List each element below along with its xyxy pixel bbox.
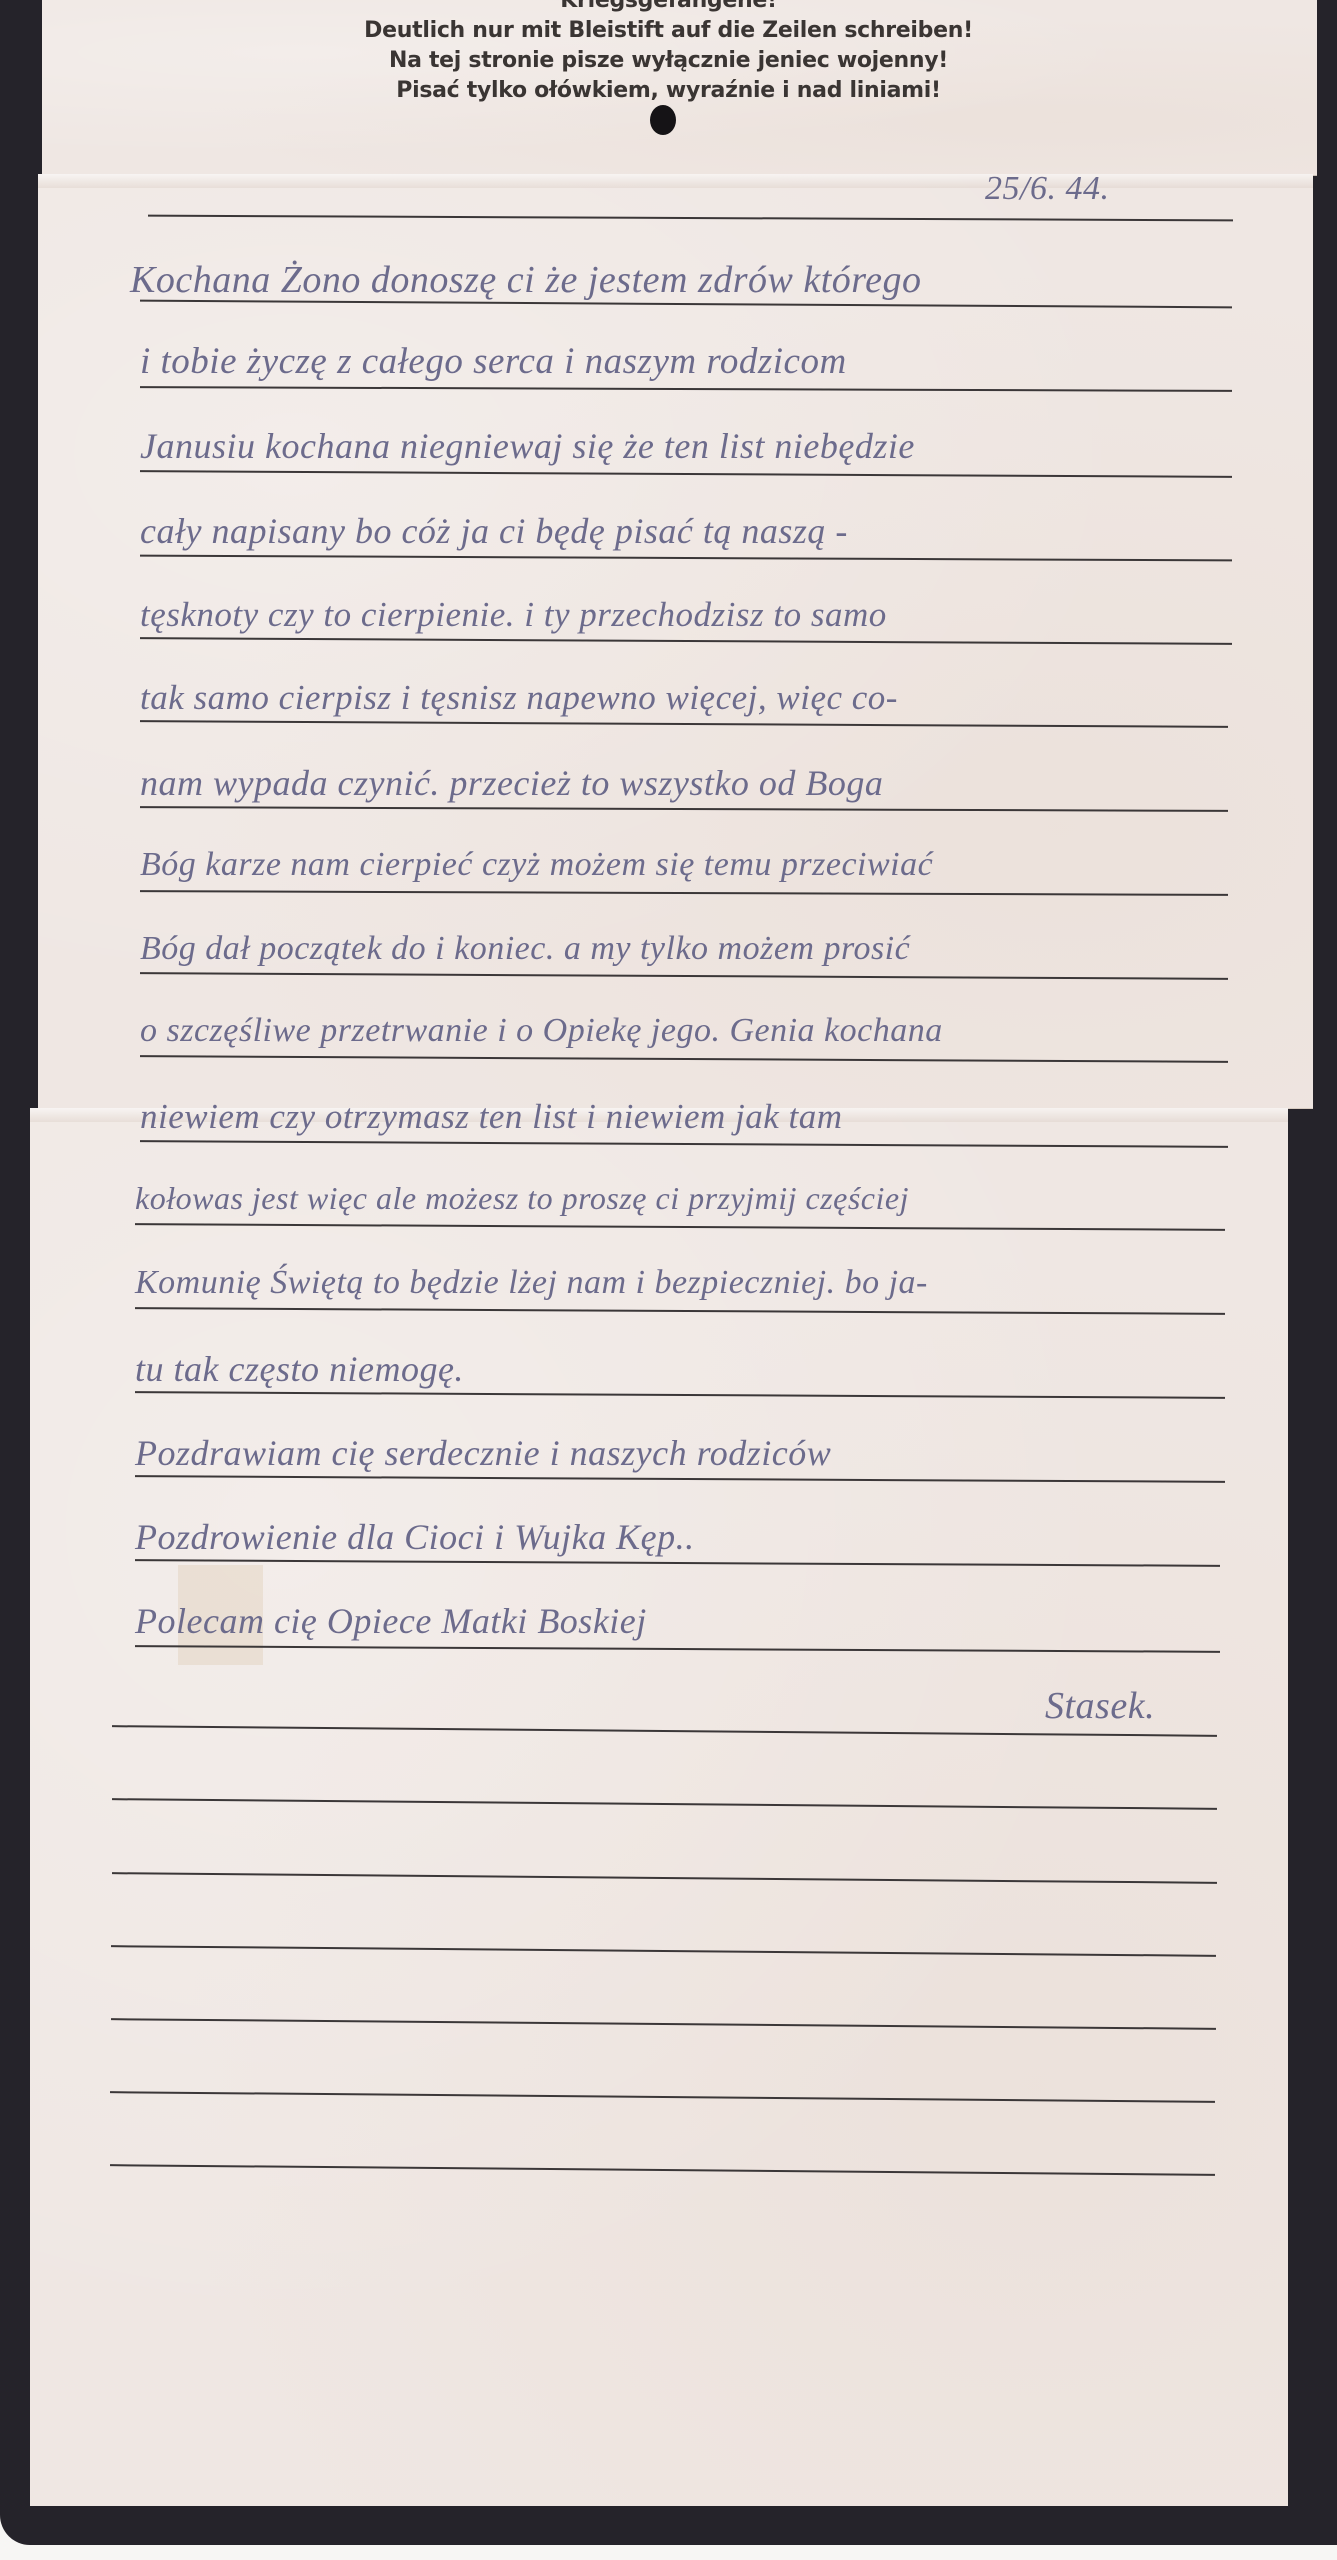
letter-line: tęsknoty czy to cierpienie. i ty przecho… <box>140 595 887 635</box>
letter-line: nam wypada czynić. przecież to wszystko … <box>140 762 883 804</box>
printed-instructions: Kriegsgefangene! Deutlich nur mit Bleist… <box>0 0 1337 106</box>
letter-line: cały napisany bo cóż ja ci będę pisać tą… <box>140 510 848 552</box>
letter-line: Bóg karze nam cierpieć czyż możem się te… <box>140 846 933 884</box>
letter-signature: Stasek. <box>1045 1684 1155 1728</box>
header-line-3: Na tej stronie pisze wyłącznie jeniec wo… <box>0 46 1337 76</box>
letter-line: Polecam cię Opiece Matki Boskiej <box>135 1600 647 1642</box>
letter-line: o szczęśliwe przetrwanie i o Opiekę jego… <box>140 1012 943 1050</box>
letter-date: 25/6. 44. <box>985 170 1109 208</box>
letter-line: Bóg dał początek do i koniec. a my tylko… <box>140 930 910 968</box>
letter-line: niewiem czy otrzymasz ten list i niewiem… <box>140 1097 843 1137</box>
header-line-2: Deutlich nur mit Bleistift auf die Zeile… <box>0 16 1337 46</box>
letter-line: Pozdrowienie dla Cioci i Wujka Kęp.. <box>135 1516 695 1558</box>
letter-line: tak samo cierpisz i tęsnisz napewno więc… <box>140 678 898 718</box>
letter-line: Kochana Żono donoszę ci że jestem zdrów … <box>130 258 922 302</box>
letter-line: Janusiu kochana niegniewaj się że ten li… <box>140 425 915 467</box>
header-line-4: Pisać tylko ołówkiem, wyraźnie i nad lin… <box>0 76 1337 106</box>
header-line-1: Kriegsgefangene! <box>0 0 1337 16</box>
letter-line: Pozdrawiam cię serdecznie i naszych rodz… <box>135 1432 831 1474</box>
letter-line: kołowas jest więc ale możesz to proszę c… <box>135 1180 909 1217</box>
letter-line: Komunię Świętą to będzie lżej nam i bezp… <box>135 1264 928 1302</box>
fold-crease <box>38 174 1313 188</box>
letter-line: i tobie życzę z całego serca i naszym ro… <box>140 340 847 383</box>
punched-hole <box>650 105 676 135</box>
letter-line: tu tak często niemogę. <box>135 1348 464 1390</box>
